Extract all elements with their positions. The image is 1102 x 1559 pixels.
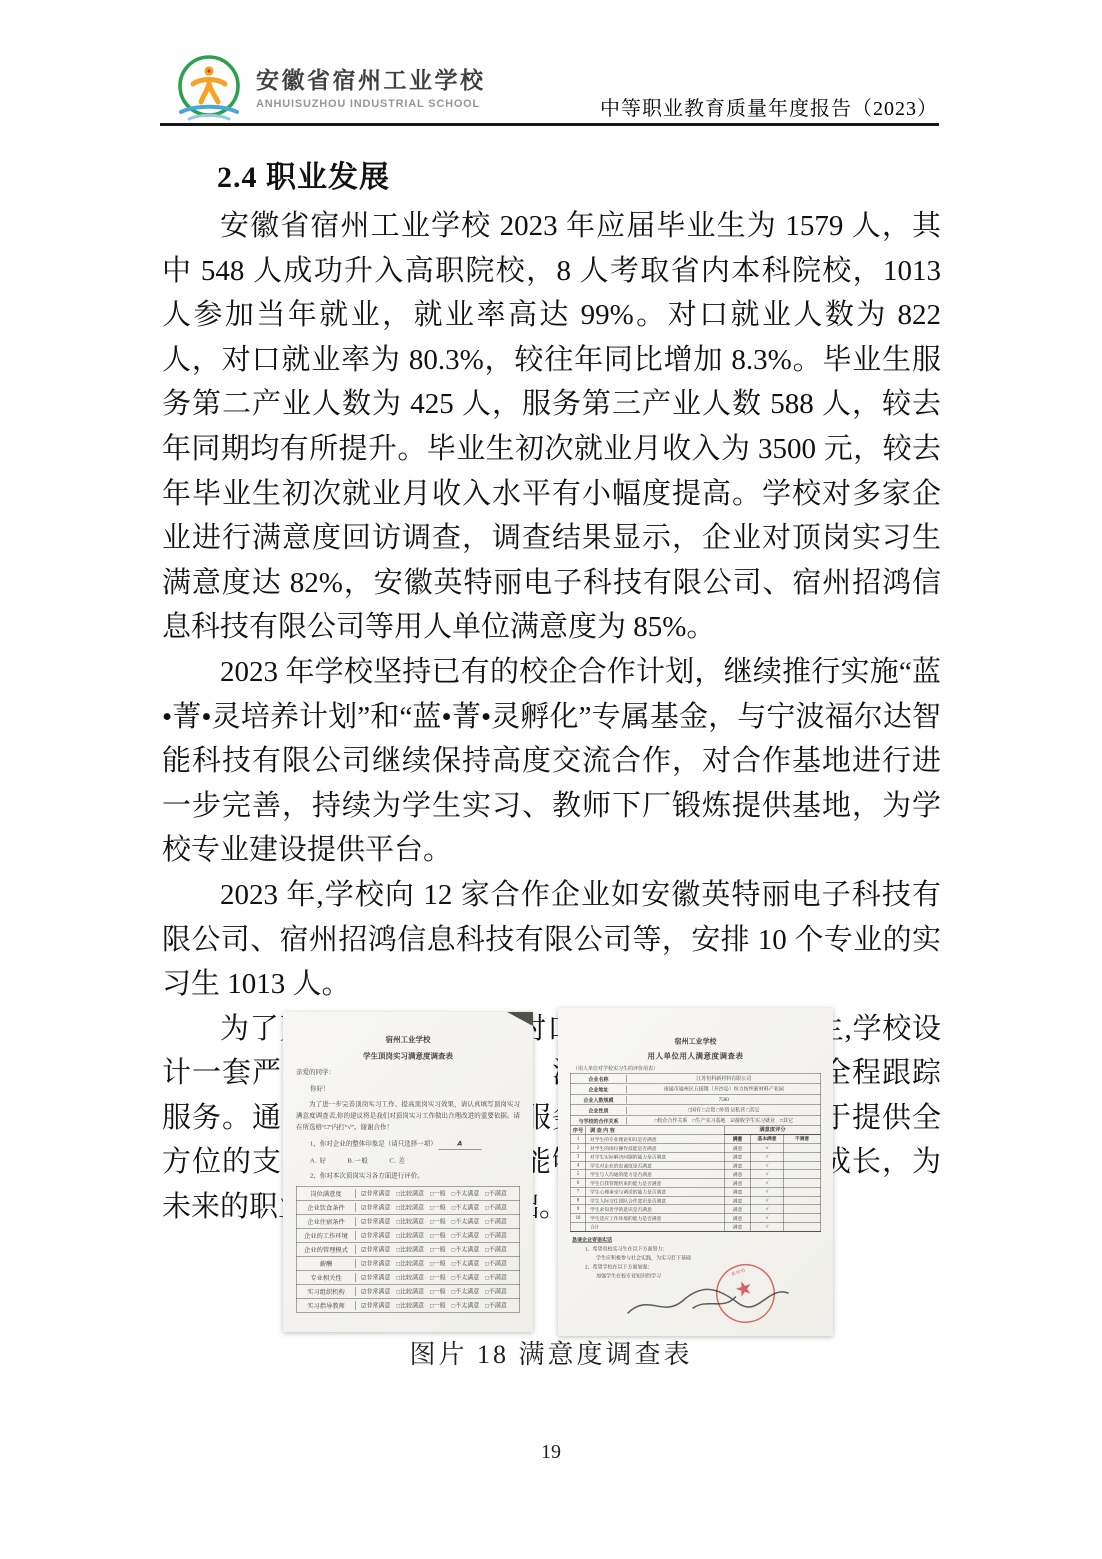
table-row: 实习组织机构 ☑非常满意 □比较满意 □一般 □不太满意 □不满意 — [297, 1285, 520, 1299]
table-row: 企业的工作环境 ☑非常满意 □比较满意 □一般 □不太满意 □不满意 — [297, 1229, 520, 1243]
school-name-block: 安徽省宿州工业学校 ANHUISUZHOU INDUSTRIAL SCHOOL — [256, 62, 486, 110]
table-row: 薪酬 ☑非常满意 □比较满意 □一般 □不太满意 □不满意 — [297, 1257, 520, 1271]
comment-line: 加强学生在校专业知识的学习 — [596, 1272, 821, 1281]
comment-line: 2、希望学校在以下方面加强： — [585, 1263, 821, 1272]
comments-heading: 恳请企业寄语实话 — [572, 1236, 821, 1245]
page-number: 19 — [0, 1441, 1102, 1464]
comment-line: 1、希望贵校实习生在以下方面努力： — [585, 1245, 821, 1254]
figure-caption: 图片 18 满意度调查表 — [0, 1334, 1102, 1371]
table-row: 实习指导教师 ☑非常满意 □比较满意 □一般 □不太满意 □不满意 — [297, 1299, 520, 1313]
report-title: 中等职业教育质量年度报告（2023） — [600, 92, 938, 121]
table-row: 企业的管理模式 ☑非常满意 □比较满意 □一般 □不太满意 □不满意 — [297, 1243, 520, 1257]
document-page: 安徽省宿州工业学校 ANHUISUZHOU INDUSTRIAL SCHOOL … — [0, 0, 1102, 1559]
school-name-cn: 安徽省宿州工业学校 — [256, 62, 486, 95]
body-paragraph: 2023 年学校坚持已有的校企合作计划，继续推行实施“蓝•菁•灵培养计划”和“蓝… — [162, 650, 941, 873]
body-paragraph: 安徽省宿州工业学校 2023 年应届毕业生为 1579 人，其中 548 人成功… — [162, 204, 941, 650]
page-header: 安徽省宿州工业学校 ANHUISUZHOU INDUSTRIAL SCHOOL … — [0, 0, 1102, 130]
school-logo-icon — [168, 50, 252, 128]
header-rule — [160, 123, 939, 126]
company-seal-icon: 新材料 ★ — [708, 1256, 782, 1330]
employer-comments: 恳请企业寄语实话 1、希望贵校实习生在以下方面努力：学生应积极参与社会实践，为实… — [570, 1236, 821, 1281]
paragraph-list: 安徽省宿州工业学校 2023 年应届毕业生为 1579 人，其中 548 人成功… — [162, 204, 941, 1230]
body-paragraph: 为了更加有效地服务与对口企业合作的实习学生,学校设计一套严格的实习管理框架，注重… — [162, 1007, 941, 1230]
table-row: 专业相关性 ☑非常满意 □比较满意 □一般 □不太满意 □不满意 — [297, 1271, 520, 1285]
main-content: 2.4 职业发展 安徽省宿州工业学校 2023 年应届毕业生为 1579 人，其… — [162, 152, 941, 1230]
comment-line: 学生应积极参与社会实践，为实习打下基础 — [596, 1254, 821, 1263]
school-name-en: ANHUISUZHOU INDUSTRIAL SCHOOL — [256, 98, 486, 110]
body-paragraph: 2023 年,学校向 12 家合作企业如安徽英特丽电子科技有限公司、宿州招鸿信息… — [162, 873, 941, 1007]
comments-lines: 1、希望贵校实习生在以下方面努力：学生应积极参与社会实践，为实习打下基础2、希望… — [583, 1245, 821, 1281]
handwritten-signature — [618, 1258, 798, 1328]
section-heading: 2.4 职业发展 — [217, 152, 941, 196]
